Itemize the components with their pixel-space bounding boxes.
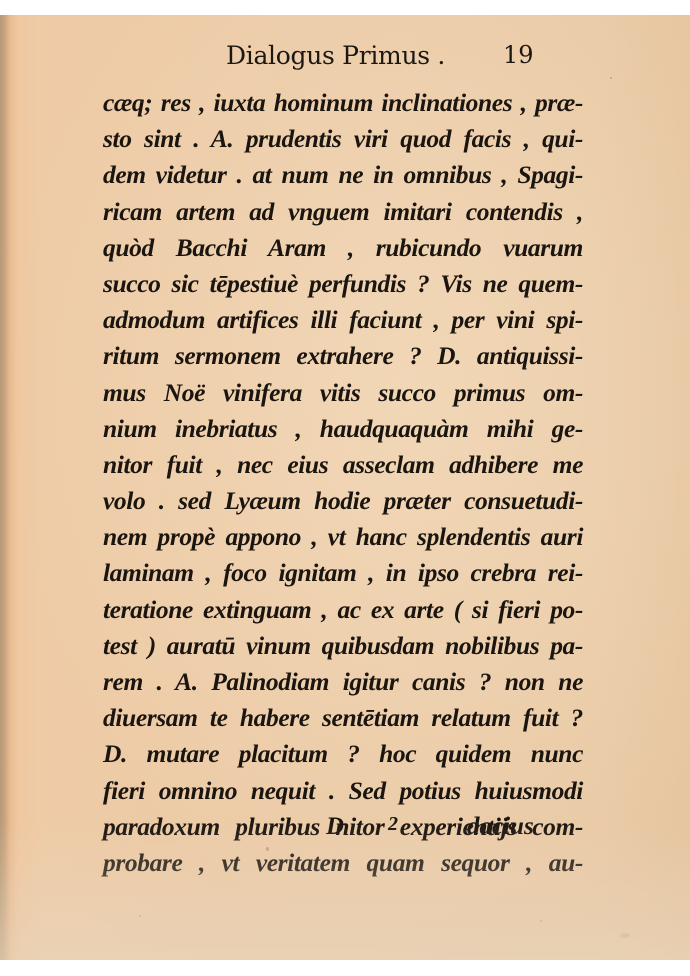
- signature-number: 2: [388, 813, 398, 836]
- text-line: D. mutare placitum ? hoc quidem nunc: [103, 736, 583, 772]
- text-line: nium inebriatus , haudquaquàm mihi ge-: [103, 411, 583, 447]
- text-line: fieri omnino nequit . Sed potius huiusmo…: [103, 773, 583, 809]
- text-line: teratione extinguam , ac ex arte ( si fi…: [103, 592, 583, 628]
- signature-mark: D: [326, 813, 344, 841]
- text-line: diuersam te habere sentētiam relatum fui…: [103, 700, 583, 736]
- text-line: ricam artem ad vnguem imitari contendis …: [103, 194, 583, 230]
- text-line: laminam , foco ignitam , in ipso crebra …: [103, 555, 583, 591]
- catchword: dacius: [467, 813, 534, 841]
- book-page: Dialogus Primus . 19 cæq; res , iuxta ho…: [0, 15, 690, 960]
- paper-speck: [140, 101, 142, 103]
- text-line: ritum sermonem extrahere ? D. antiquissi…: [103, 338, 583, 374]
- text-line: rem . A. Palinodiam igitur canis ? non n…: [103, 664, 583, 700]
- paper-speck: [540, 920, 542, 922]
- text-line: nem propè appono , vt hanc splendentis a…: [103, 519, 583, 555]
- text-line: succo sic tēpestiuè perfundis ? Vis ne q…: [103, 266, 583, 302]
- text-line: quòd Bacchi Aram , rubicundo vuarum: [103, 230, 583, 266]
- body-text: cæq; res , iuxta hominum inclinationes ,…: [103, 85, 583, 881]
- text-line: volo . sed Lyæum hodie præter consuetudi…: [103, 483, 583, 519]
- running-title: Dialogus Primus .: [226, 41, 445, 70]
- paper-speck: [610, 77, 612, 79]
- text-line: nitor fuit , nec eius asseclam adhibere …: [103, 447, 583, 483]
- text-line: cæq; res , iuxta hominum inclinationes ,…: [103, 85, 583, 121]
- text-line: probare , vt veritatem quam sequor , au-: [103, 845, 583, 881]
- text-line: sto sint . A. prudentis viri quod facis …: [103, 121, 583, 157]
- page-number: 19: [503, 41, 534, 69]
- page-header: Dialogus Primus . 19: [0, 41, 690, 77]
- paper-speck: [139, 915, 141, 917]
- text-line: mus Noë vinifera vitis succo primus om-: [103, 375, 583, 411]
- text-line: admodum artifices illi faciunt , per vin…: [103, 302, 583, 338]
- paper-speck: [266, 847, 269, 851]
- text-line: test ) auratū vinum quibusdam nobilibus …: [103, 628, 583, 664]
- paper-speck: [620, 933, 630, 938]
- text-line: dem videtur . at num ne in omnibus , Spa…: [103, 157, 583, 193]
